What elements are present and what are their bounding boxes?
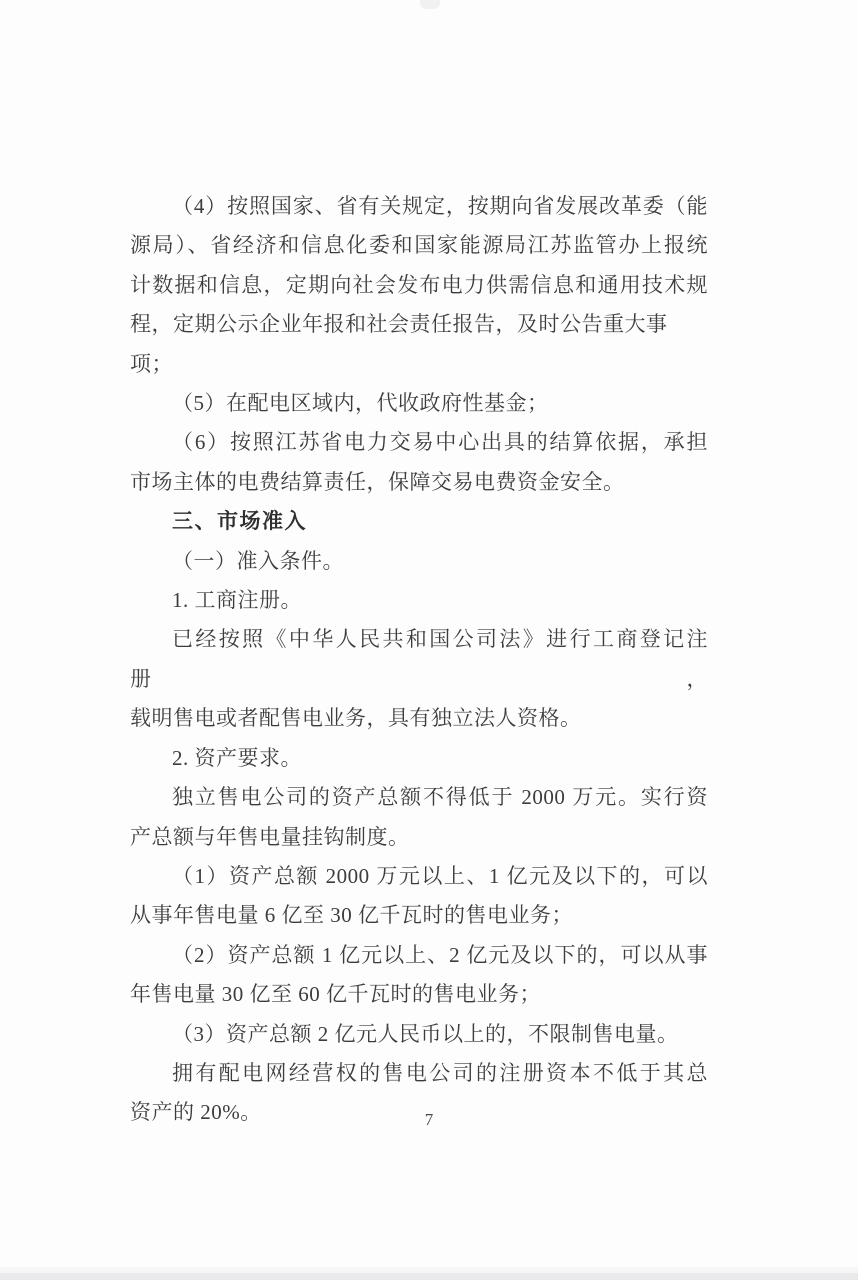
text-line: （3）资产总额 2 亿元人民币以上的，不限制售电量。 (130, 1015, 708, 1054)
heading-line: 三、市场准入 (130, 502, 708, 541)
paragraph: （1）资产总额 2000 万元以上、1 亿元及以下的，可以从事年售电量 6 亿至… (130, 857, 708, 936)
text-line: 独立售电公司的资产总额不得低于 2000 万元。实行资 (130, 778, 708, 817)
document-page: （4）按照国家、省有关规定，按期向省发展改革委（能源局）、省经济和信息化委和国家… (0, 0, 858, 1280)
text-line: 产总额与年售电量挂钩制度。 (130, 818, 708, 857)
text-line: 程，定期公示企业年报和社会责任报告，及时公告重大事项； (130, 305, 708, 384)
text-line: （6）按照江苏省电力交易中心出具的结算依据，承担 (130, 423, 708, 462)
text-line: 年售电量 30 亿至 60 亿千瓦时的售电业务； (130, 975, 708, 1014)
section-heading: 三、市场准入 (130, 502, 708, 541)
page-number: 7 (0, 1110, 858, 1130)
paragraph: 已经按照《中华人民共和国公司法》进行工商登记注册，载明售电或者配售电业务，具有独… (130, 620, 708, 738)
text-line: 1. 工商注册。 (130, 581, 708, 620)
paragraph: 独立售电公司的资产总额不得低于 2000 万元。实行资产总额与年售电量挂钩制度。 (130, 778, 708, 857)
paragraph: （6）按照江苏省电力交易中心出具的结算依据，承担市场主体的电费结算责任，保障交易… (130, 423, 708, 502)
text-line: （2）资产总额 1 亿元以上、2 亿元及以下的，可以从事 (130, 936, 708, 975)
text-line: 已经按照《中华人民共和国公司法》进行工商登记注册， (130, 620, 708, 699)
text-line: 计数据和信息，定期向社会发布电力供需信息和通用技术规 (130, 266, 708, 305)
text-line: （一）准入条件。 (130, 542, 708, 581)
document-body: （4）按照国家、省有关规定，按期向省发展改革委（能源局）、省经济和信息化委和国家… (130, 187, 708, 1133)
paragraph: （3）资产总额 2 亿元人民币以上的，不限制售电量。 (130, 1015, 708, 1054)
text-line: 市场主体的电费结算责任，保障交易电费资金安全。 (130, 463, 708, 502)
paragraph: （5）在配电区域内，代收政府性基金； (130, 384, 708, 423)
text-line: 源局）、省经济和信息化委和国家能源局江苏监管办上报统 (130, 226, 708, 265)
text-line: （5）在配电区域内，代收政府性基金； (130, 384, 708, 423)
scan-artifact-top (420, 0, 440, 9)
page-bottom-edge (0, 1273, 858, 1280)
paragraph: （4）按照国家、省有关规定，按期向省发展改革委（能源局）、省经济和信息化委和国家… (130, 187, 708, 384)
text-line: （1）资产总额 2000 万元以上、1 亿元及以下的，可以 (130, 857, 708, 896)
text-line: 载明售电或者配售电业务，具有独立法人资格。 (130, 699, 708, 738)
paragraph: 2. 资产要求。 (130, 739, 708, 778)
text-line: 从事年售电量 6 亿至 30 亿千瓦时的售电业务； (130, 896, 708, 935)
text-line: （4）按照国家、省有关规定，按期向省发展改革委（能 (130, 187, 708, 226)
paragraph: 1. 工商注册。 (130, 581, 708, 620)
text-line: 2. 资产要求。 (130, 739, 708, 778)
text-line: 拥有配电网经营权的售电公司的注册资本不低于其总 (130, 1054, 708, 1093)
paragraph: （一）准入条件。 (130, 542, 708, 581)
paragraph: （2）资产总额 1 亿元以上、2 亿元及以下的，可以从事年售电量 30 亿至 6… (130, 936, 708, 1015)
